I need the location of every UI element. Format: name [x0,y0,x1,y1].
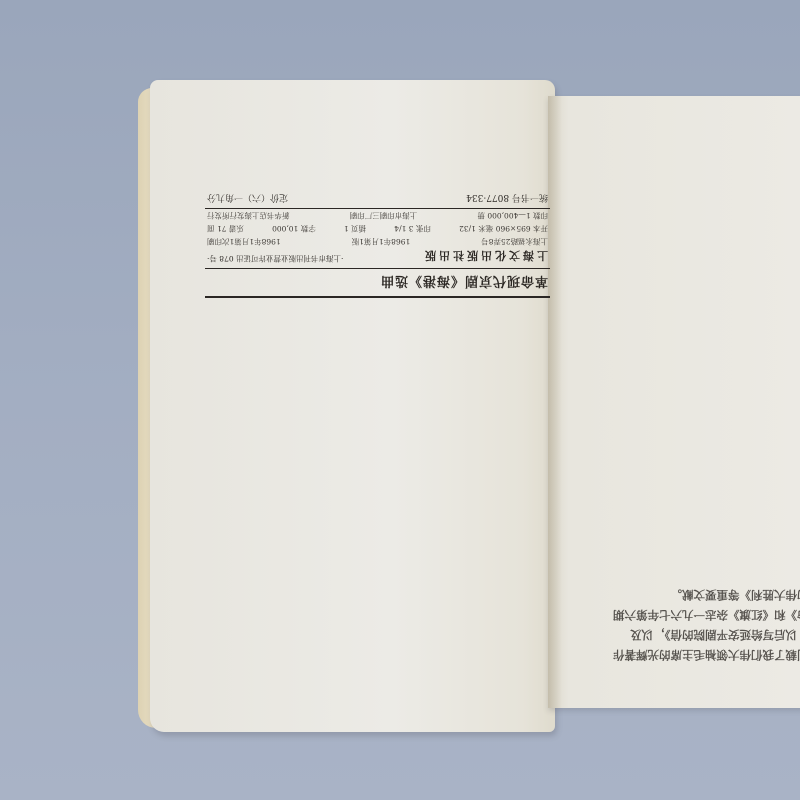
text-line: 争刊载了我们伟大领袖毛主席的光辉著作 [590,645,800,665]
price-rule [205,208,550,209]
printer: 上海市印刷三厂印刷 [350,210,418,221]
edition: 1968年1月第1版 [352,236,411,247]
word-count: 字数 10,000 [272,223,316,234]
plates: 插页 1 [344,223,366,234]
book-title: 革命现代京剧《海港》选曲 [205,269,550,296]
publisher-line: 上海文化出版社出版 ·上海市书刊出版业营业许可证出 078 号· [205,248,550,268]
colophon-block: 革命现代京剧《海港》选曲 上海文化出版社出版 ·上海市书刊出版业营业许可证出 0… [205,186,550,298]
address: 上海永福路25弄8号 [481,236,548,247]
book-number: 统一书号 8077·334 [466,192,548,205]
title-rule [205,268,550,269]
colophon-row-3: 印数 1—400,000 册 上海市印刷三厂印刷 新华书店上海发行所发行 [205,209,550,222]
license-number: ·上海市书刊出版业营业许可证出 078 号· [207,248,343,264]
left-page [150,80,555,732]
format: 开本 695×960 毫米 1/32 [459,223,548,234]
text-line: 革命》和《红旗》杂志一九六七年第六期 [590,605,800,625]
text-line: 命的伟大胜利》等重要文献。 [590,585,800,605]
text-line: 山》以后写给延安平剧院的信》，以及 [590,625,800,645]
publisher-name: 上海文化出版社出版 [422,248,548,264]
colophon-row-1: 上海永福路25弄8号 1968年1月第1版 1968年1月第1次印刷 [205,235,550,248]
sheets: 印张 3 1/4 [394,223,431,234]
print-run: 印数 1—400,000 册 [477,210,548,221]
right-page-text: 争刊载了我们伟大领袖毛主席的光辉著作 山》以后写给延安平剧院的信》，以及 革命》… [590,585,800,665]
printing: 1968年1月第1次印刷 [207,236,281,247]
distributor: 新华书店上海发行所发行 [207,210,290,221]
top-rule [205,296,550,298]
colophon-row-2: 开本 695×960 毫米 1/32 印张 3 1/4 插页 1 字数 10,0… [205,222,550,235]
price-row: 统一书号 8077·334 定价（六）一角九分 [205,190,550,208]
price: 定价（六）一角九分 [207,192,288,205]
score-pages: 乐谱 71 面 [207,223,244,234]
book-gutter-shadow [548,96,562,708]
